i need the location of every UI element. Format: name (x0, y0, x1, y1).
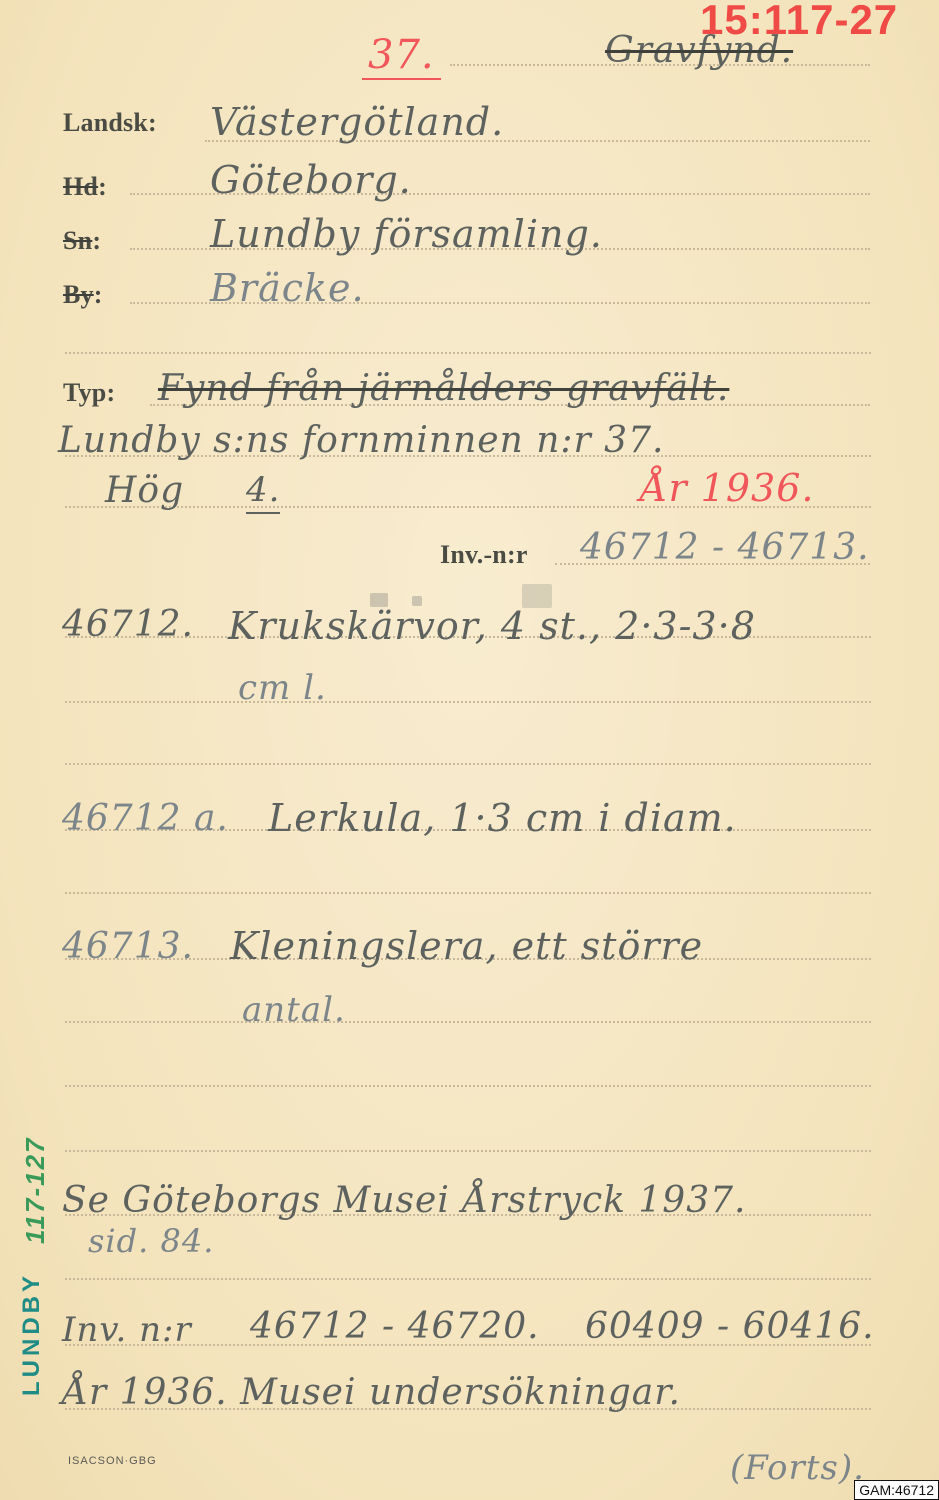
colon: : (98, 172, 107, 201)
printer-mark: ISACSON·GBG (68, 1455, 157, 1467)
label-sn-text: Sn (63, 226, 92, 255)
reference-line2: sid. 84. (88, 1222, 214, 1260)
dotted-line (65, 1085, 871, 1087)
footer-inv-range2: 60409 - 60416. (585, 1306, 875, 1347)
dotted-line (65, 1278, 871, 1280)
dotted-line (65, 763, 871, 765)
entry-3-text: Kleningslera, ett större (230, 924, 703, 968)
typ-year-red: År 1936. (640, 466, 814, 510)
label-by: By: (63, 280, 103, 310)
entry-2-number: 46712 a. (62, 798, 229, 839)
entry-1-continuation: cm l. (238, 668, 327, 708)
side-stamp-parish: LUNDBY (18, 1272, 46, 1396)
entry-3-continuation: antal. (242, 990, 346, 1030)
label-landsk: Landsk: (63, 108, 157, 138)
typ-hog-number: 4. (246, 470, 280, 514)
label-sn: Sn: (63, 226, 101, 256)
label-hd: Hd: (63, 172, 107, 202)
dotted-line (65, 1021, 871, 1023)
value-hd: Göteborg. (210, 158, 412, 202)
footer-continued: (Forts). (730, 1448, 865, 1488)
label-by-text: By (63, 280, 94, 309)
entry-2-text: Lerkula, 1·3 cm i diam. (268, 796, 737, 840)
label-typ: Typ: (63, 378, 115, 408)
label-inv: Inv.-n:r (440, 540, 528, 570)
colon: : (92, 226, 101, 255)
inv-value: 46712 - 46713. (580, 527, 870, 568)
footer-year-line: År 1936. Musei undersökningar. (62, 1372, 681, 1413)
value-landsk: Västergötland. (210, 100, 504, 144)
footer-inv-prefix: Inv. n:r (62, 1310, 192, 1350)
entry-3-number: 46713. (62, 926, 194, 967)
footer-inv-range1: 46712 - 46720. (250, 1306, 540, 1347)
site-number: 37. (362, 32, 441, 80)
entry-1-number: 46712. (62, 604, 194, 645)
catalog-id-label: GAM:46712 (854, 1480, 939, 1500)
dotted-line (65, 701, 871, 703)
label-hd-text: Hd (63, 172, 98, 201)
side-stamp-range: 117-127 (20, 1137, 51, 1245)
reference-line1: Se Göteborgs Musei Årstryck 1937. (62, 1180, 746, 1221)
value-sn: Lundby församling. (210, 212, 603, 256)
category-struck: Gravfynd. (605, 30, 793, 71)
value-by: Bräcke. (210, 266, 365, 310)
dotted-line (65, 1150, 871, 1152)
entry-1-text: Krukskärvor, 4 st., 2·3-3·8 (228, 604, 756, 648)
typ-struck-text: Fynd från järnålders gravfält. (158, 368, 729, 409)
dotted-line (65, 352, 871, 354)
typ-hog-prefix: Hög (105, 470, 184, 511)
typ-line2: Lundby s:ns fornminnen n:r 37. (58, 420, 664, 461)
colon: : (94, 280, 103, 309)
dotted-line (65, 892, 871, 894)
